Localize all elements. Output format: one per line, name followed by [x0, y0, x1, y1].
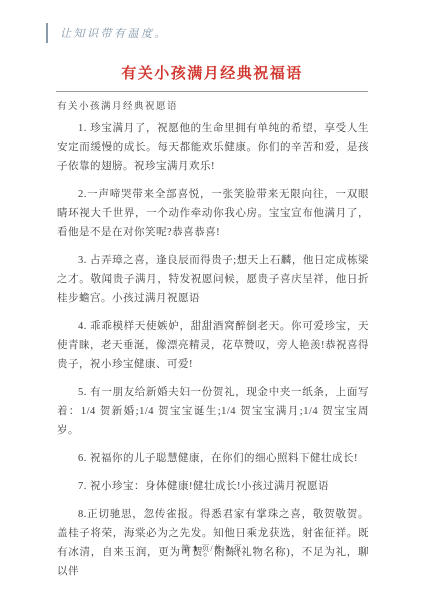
footer-current-page: 1: [193, 544, 198, 553]
brand-divider-bar: [46, 23, 48, 43]
paragraph-6: 6. 祝福你的儿子聪慧健康，在你们的细心照料下健壮成长!: [57, 449, 369, 468]
footer-label-mid: 页/共: [201, 544, 222, 553]
document-subtitle: 有关小孩满月经典祝愿语: [57, 98, 178, 112]
paragraph-3: 3. 占弄璋之喜，逢良辰而得贵子;想天上石麟，他日定成栋梁之才。敬闻贵子满月，特…: [57, 251, 369, 308]
paragraph-5: 5. 有一朋友给新婚夫妇一份贺礼，现金中夹一纸条，上面写着：1/4 贺新婚;1/…: [57, 383, 369, 440]
title-divider-line: [56, 91, 368, 92]
brand-slogan: 让知识带有温度。: [60, 25, 168, 41]
paragraph-7: 7. 祝小珍宝：身体健康!健壮成长!小孩过满月祝愿语: [57, 477, 369, 496]
paragraph-1: 1. 珍宝满月了，祝愿他的生命里拥有单纯的希望，享受人生安定而缓慢的成长。每天都…: [57, 119, 369, 176]
footer-label-before: 第: [181, 544, 190, 553]
page-number-footer: 第 1 页/共 3 页: [0, 543, 424, 554]
paragraph-2: 2.一声啼哭带来全部喜悦，一张笑脸带来无限向往，一双眼睛环视大千世界，一个动作牵…: [57, 185, 369, 242]
footer-total-pages: 3: [226, 544, 231, 553]
document-body: 1. 珍宝满月了，祝愿他的生命里拥有单纯的希望，享受人生安定而缓慢的成长。每天都…: [57, 119, 369, 590]
page-title: 有关小孩满月经典祝福语: [0, 62, 424, 83]
brand-header: 让知识带有温度。: [46, 23, 168, 43]
footer-label-after: 页: [234, 544, 243, 553]
paragraph-4: 4. 乖乖模样天使嫉妒，甜甜酒窝醉倒老天。你可爱珍宝，天使青睐，老天垂涎，像漂亮…: [57, 317, 369, 374]
document-page: 让知识带有温度。 有关小孩满月经典祝福语 有关小孩满月经典祝愿语 1. 珍宝满月…: [0, 0, 424, 600]
